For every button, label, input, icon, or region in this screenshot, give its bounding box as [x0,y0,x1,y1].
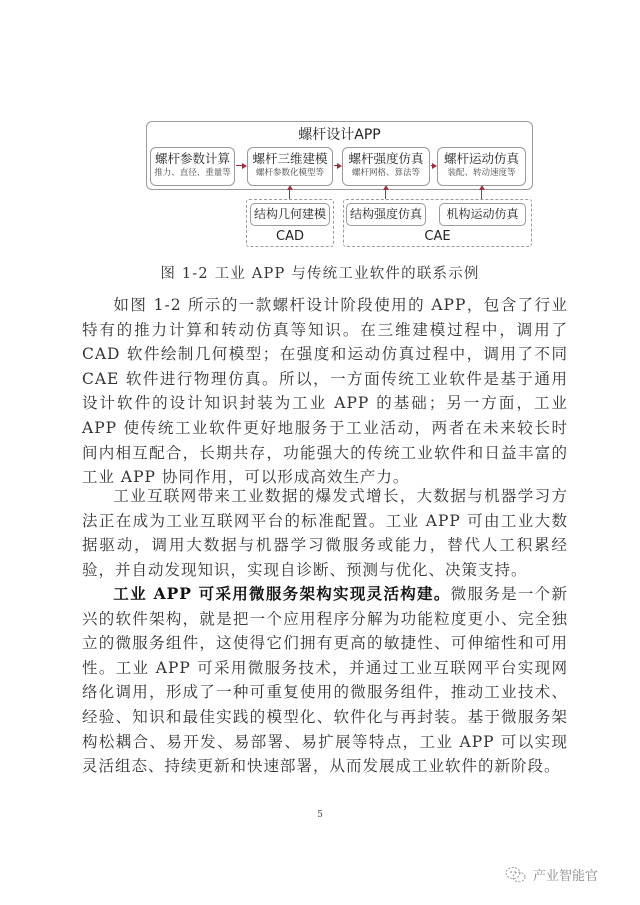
module-title: 螺杆运动仿真 [438,151,525,166]
paragraph-lead-bold: 工业 APP 可采用微服务架构实现灵活构建。 [113,584,451,603]
arrow-right-icon [431,165,433,166]
wechat-icon [505,866,527,884]
arrow-right-icon [334,165,338,166]
watermark-text: 产业智能官 [533,865,598,884]
watermark: 产业智能官 [505,865,598,884]
module-strength-sim: 螺杆强度仿真 螺杆网格、算法等 [342,147,430,186]
tool-box-strength-sim: 结构强度仿真 [346,203,426,226]
module-title: 螺杆强度仿真 [343,151,429,166]
module-subtitle: 螺杆参数化模型等 [248,168,332,179]
tool-box-geometry-modeling: 结构几何建模 [250,203,330,226]
module-subtitle: 推力、直径、重量等 [151,168,234,179]
tool-group-label: CAE [344,229,531,244]
paragraph-text: 如图 1-2 所示的一款螺杆设计阶段使用的 APP，包含了行业特有的推力计算和转… [82,296,568,486]
module-parameter-calc: 螺杆参数计算 推力、直径、重量等 [150,147,235,186]
module-subtitle: 螺杆网格、算法等 [343,168,429,179]
arrow-right-icon [236,165,243,166]
paragraph-2: 工业互联网带来工业数据的爆发式增长，大数据与机器学习方法正在成为工业互联网平台的… [82,484,568,582]
module-3d-modeling: 螺杆三维建模 螺杆参数化模型等 [247,147,333,186]
module-title: 螺杆三维建模 [248,151,332,166]
tool-box-motion-sim: 机构运动仿真 [439,203,526,226]
paragraph-1: 如图 1-2 所示的一款螺杆设计阶段使用的 APP，包含了行业特有的推力计算和转… [82,293,568,490]
paragraph-3: 工业 APP 可采用微服务架构实现灵活构建。微服务是一个新兴的软件架构，就是把一… [82,582,568,779]
paragraph-text: 微服务是一个新兴的软件架构，就是把一个应用程序分解为功能粒度更小、完全独立的微服… [82,585,568,775]
paragraph-text: 工业互联网带来工业数据的爆发式增长，大数据与机器学习方法正在成为工业互联网平台的… [82,487,568,579]
app-title: 螺杆设计APP [146,124,533,144]
figure-caption: 图 1-2 工业 APP 与传统工业软件的联系示例 [0,262,640,283]
tool-group-label: CAD [247,229,333,244]
page-number: 5 [0,810,640,820]
module-title: 螺杆参数计算 [151,151,234,166]
module-subtitle: 装配、转动速度等 [438,168,525,179]
module-motion-sim: 螺杆运动仿真 装配、转动速度等 [437,147,526,186]
figure-diagram: 螺杆设计APP 螺杆参数计算 推力、直径、重量等 螺杆三维建模 螺杆参数化模型等… [0,0,640,260]
